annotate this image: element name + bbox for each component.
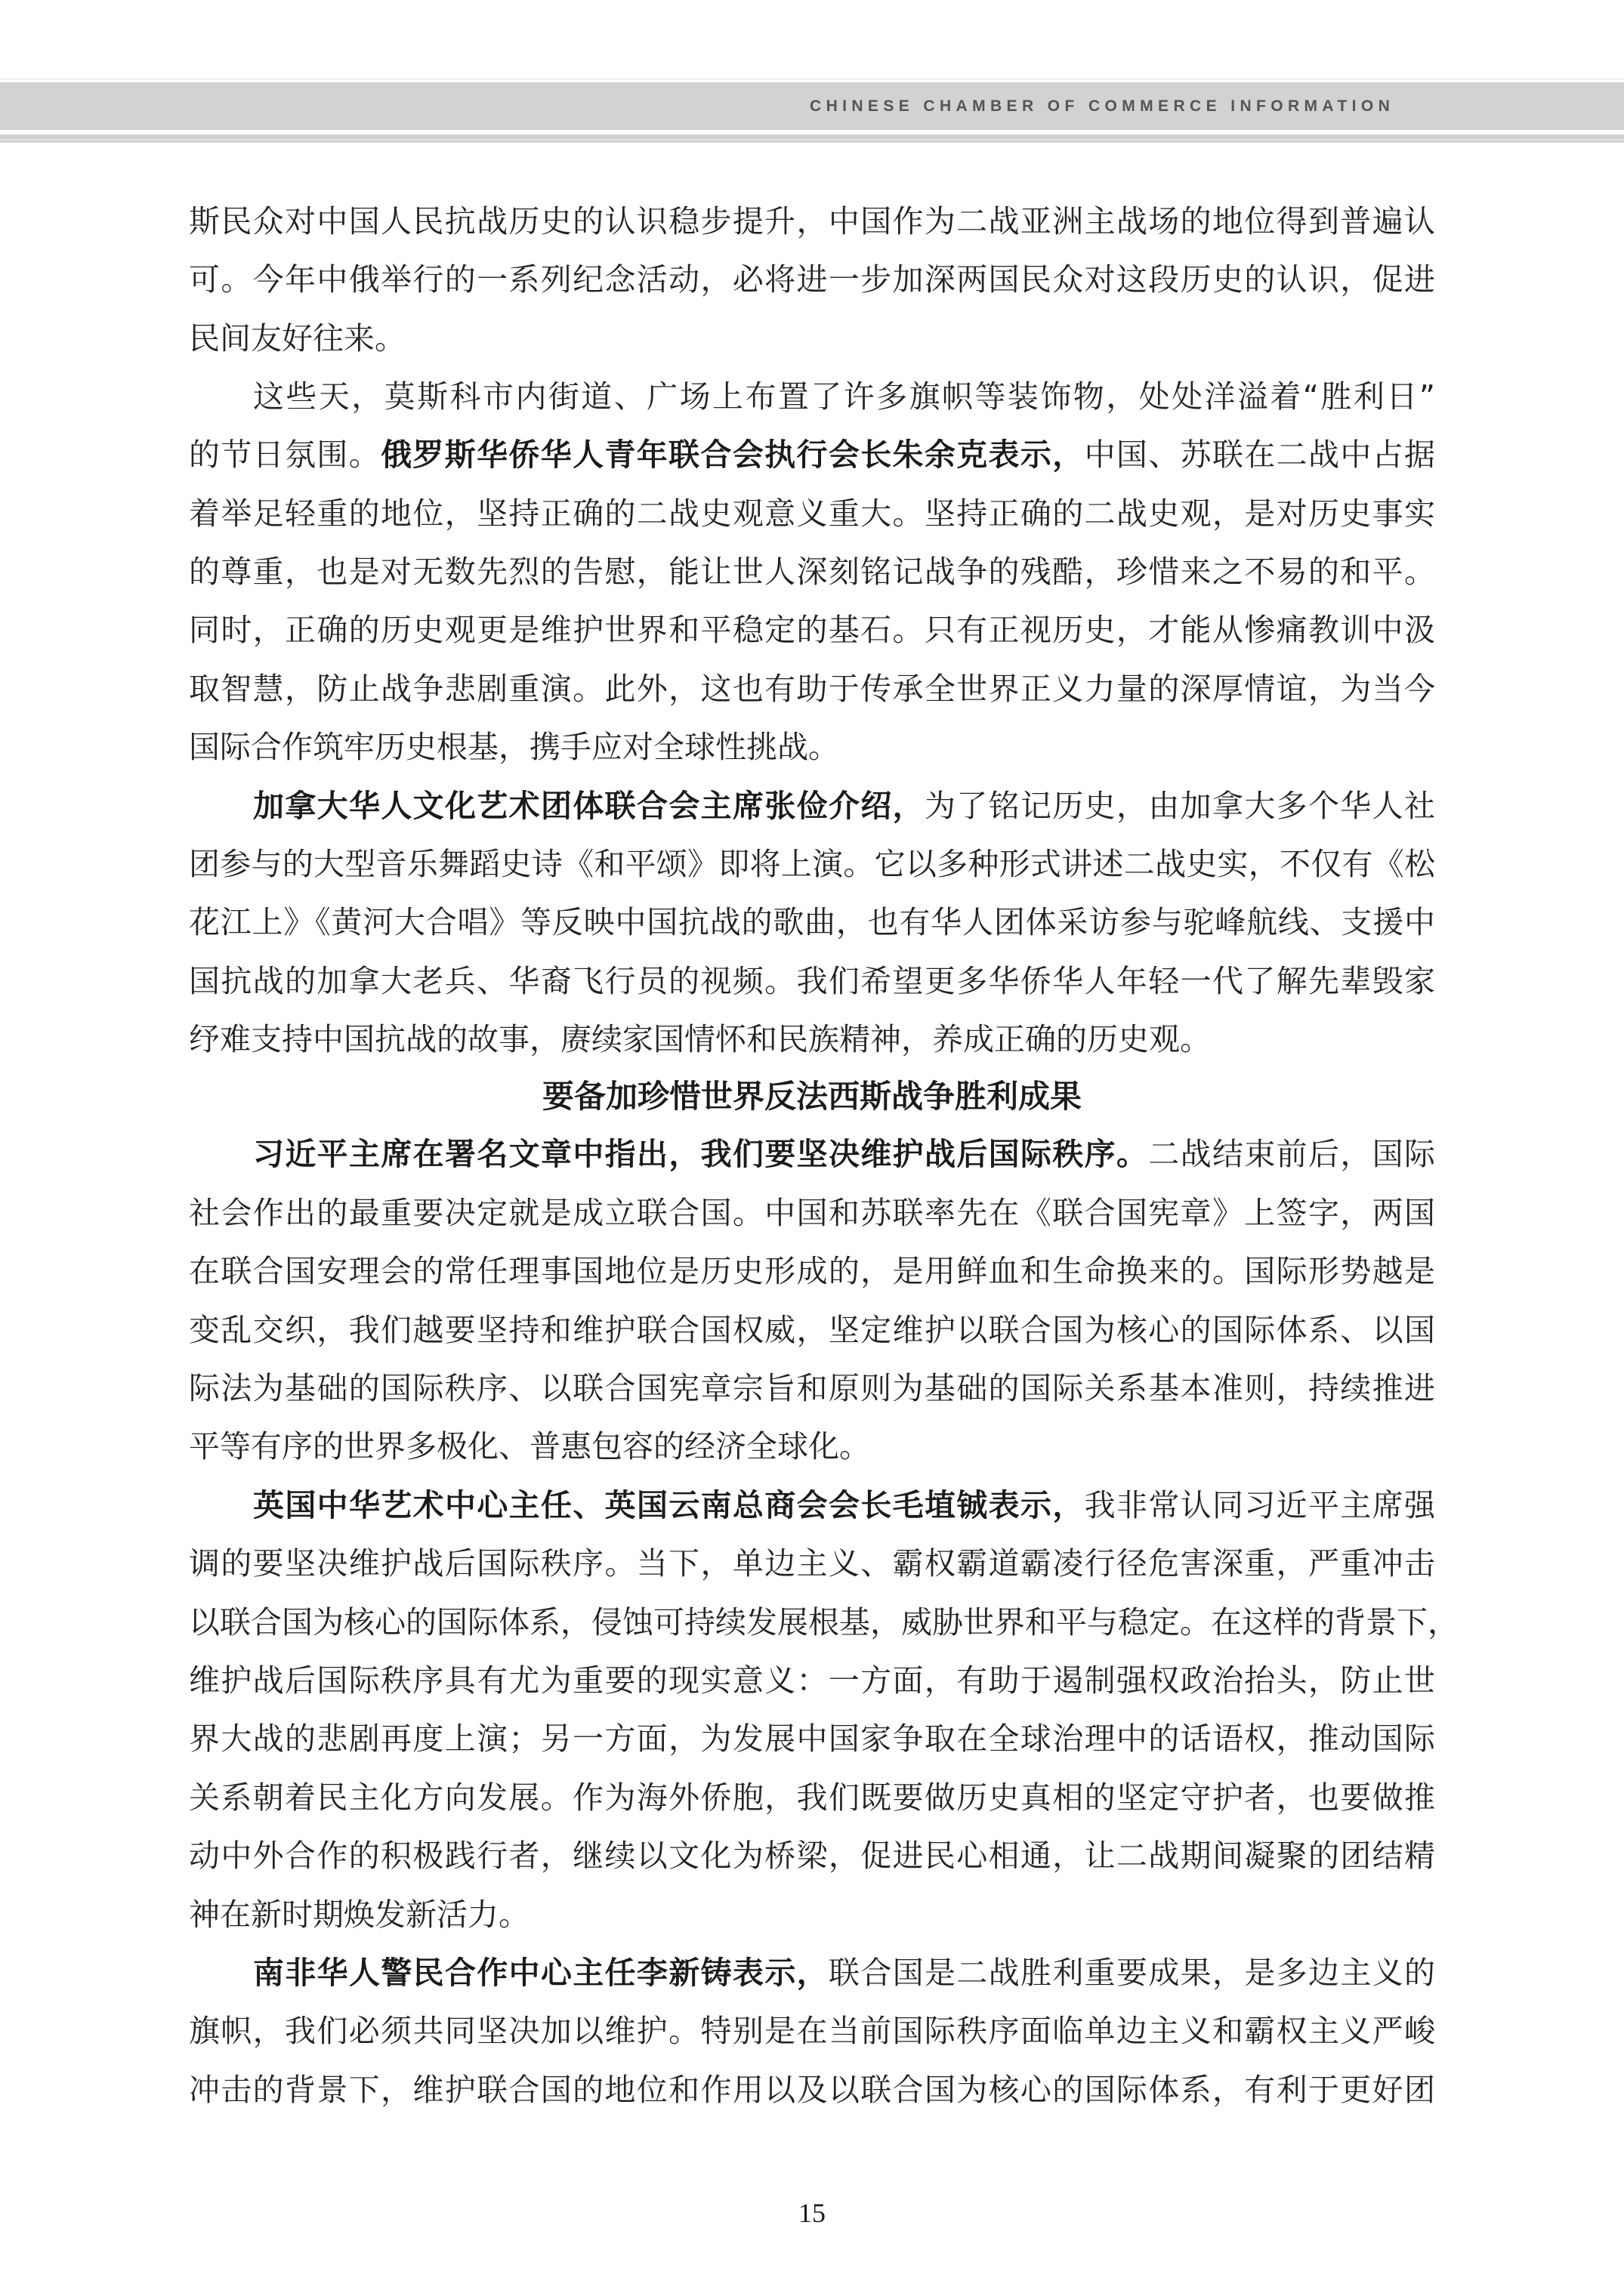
text-run: 我非常认同习近平主席强 xyxy=(1085,1487,1435,1523)
text-run: 的节日氛围。 xyxy=(189,437,381,473)
text-run: 二战结束前后，国际 xyxy=(1148,1136,1435,1172)
text-line: 可。今年中俄举行的一系列纪念活动，必将进一步加深两国民众对这段历史的认识，促进 xyxy=(189,258,1435,301)
text-line: 同时，正确的历史观更是维护世界和平稳定的基石。只有正视历史，才能从惨痛教训中汲 xyxy=(189,609,1435,651)
text-line: 国抗战的加拿大老兵、华裔飞行员的视频。我们希望更多华侨华人年轻一代了解先辈毁家 xyxy=(189,960,1435,1002)
speaker-attribution-bold: 加拿大华人文化艺术团体联合会主席张俭介绍， xyxy=(253,788,925,824)
paragraph-start-line: 习近平主席在署名文章中指出，我们要坚决维护战后国际秩序。二战结束前后，国际 xyxy=(253,1133,1435,1175)
speaker-attribution-bold: 南非华人警民合作中心主任李新铸表示， xyxy=(253,1955,829,1991)
speaker-attribution-bold: 英国中华艺术中心主任、英国云南总商会会长毛埴铖表示， xyxy=(253,1487,1085,1523)
paragraph-start-line: 英国中华艺术中心主任、英国云南总商会会长毛埴铖表示，我非常认同习近平主席强 xyxy=(253,1484,1435,1526)
text-line: 神在新时期焕发新活力。 xyxy=(189,1893,1435,1936)
running-header-title: CHINESE CHAMBER OF COMMERCE INFORMATION xyxy=(810,97,1429,116)
quote-lead-bold: 习近平主席在署名文章中指出，我们要坚决维护战后国际秩序。 xyxy=(253,1136,1148,1172)
text-line: 关系朝着民主化方向发展。作为海外侨胞，我们既要做历史真相的坚定守护者，也要做推 xyxy=(189,1776,1435,1819)
header-divider-stripe xyxy=(0,134,1624,143)
text-line: 际法为基础的国际秩序、以联合国宪章宗旨和原则为基础的国际关系基本准则，持续推进 xyxy=(189,1367,1435,1409)
text-line: 花江上》《黄河大合唱》等反映中国抗战的歌曲，也有华人团体采访参与驼峰航线、支援中 xyxy=(189,901,1435,943)
text-line: 动中外合作的积极践行者，继续以文化为桥梁，促进民心相通，让二战期间凝聚的团结精 xyxy=(189,1835,1435,1877)
text-line: 以联合国为核心的国际体系，侵蚀可持续发展根基，威胁世界和平与稳定。在这样的背景下… xyxy=(189,1601,1435,1643)
text-line: 旗帜，我们必须共同坚决加以维护。特别是在当前国际秩序面临单边主义和霸权主义严峻 xyxy=(189,2010,1435,2052)
text-line: 国际合作筑牢历史根基，携手应对全球性挑战。 xyxy=(189,726,1435,768)
text-line: 维护战后国际秩序具有尤为重要的现实意义：一方面，有助于遏制强权政治抬头，防止世 xyxy=(189,1659,1435,1702)
text-line: 冲击的背景下，维护联合国的地位和作用以及以联合国为核心的国际体系，有利于更好团 xyxy=(189,2069,1435,2111)
text-line: 的尊重，也是对无数先烈的告慰，能让世人深刻铭记战争的残酷，珍惜来之不易的和平。 xyxy=(189,551,1435,593)
text-line: 界大战的悲剧再度上演；另一方面，为发展中国家争取在全球治理中的话语权，推动国际 xyxy=(189,1717,1435,1760)
text-line: 变乱交织，我们越要坚持和维护联合国权威，坚定维护以联合国为核心的国际体系、以国 xyxy=(189,1309,1435,1351)
paragraph-start-line: 这些天，莫斯科市内街道、广场上布置了许多旗帜等装饰物，处处洋溢着“胜利日” xyxy=(253,375,1435,418)
text-line: 取智慧，防止战争悲剧重演。此外，这也有助于传承全世界正义力量的深厚情谊，为当今 xyxy=(189,668,1435,710)
text-line: 纾难支持中国抗战的故事，赓续家国情怀和民族精神，养成正确的历史观。 xyxy=(189,1018,1435,1060)
header-hairline xyxy=(0,79,1624,80)
text-line: 社会作出的最重要决定就是成立联合国。中国和苏联率先在《联合国宪章》上签字，两国 xyxy=(189,1192,1435,1234)
text-line: 调的要坚决维护战后国际秩序。当下，单边主义、霸权霸道霸凌行径危害深重，严重冲击 xyxy=(189,1542,1435,1585)
text-line: 平等有序的世界多极化、普惠包容的经济全球化。 xyxy=(189,1425,1435,1467)
text-line: 在联合国安理会的常任理事国地位是历史形成的，是用鲜血和生命换来的。国际形势越是 xyxy=(189,1250,1435,1292)
text-run: 联合国是二战胜利重要成果，是多边主义的 xyxy=(829,1955,1435,1991)
text-line: 民间友好往来。 xyxy=(189,317,1435,360)
paragraph-start-line: 南非华人警民合作中心主任李新铸表示，联合国是二战胜利重要成果，是多边主义的 xyxy=(253,1952,1435,1994)
section-heading: 要备加珍惜世界反法西斯战争胜利成果 xyxy=(189,1076,1435,1118)
text-line: 的节日氛围。俄罗斯华侨华人青年联合会执行会长朱余克表示，中国、苏联在二战中占据 xyxy=(189,434,1435,476)
text-line: 着举足轻重的地位，坚持正确的二战史观意义重大。坚持正确的二战史观，是对历史事实 xyxy=(189,492,1435,535)
paragraph-start-line: 加拿大华人文化艺术团体联合会主席张俭介绍，为了铭记历史，由加拿大多个华人社 xyxy=(253,785,1435,827)
text-run: 中国、苏联在二战中占据 xyxy=(1085,437,1435,473)
speaker-attribution-bold: 俄罗斯华侨华人青年联合会执行会长朱余克表示， xyxy=(381,437,1085,473)
text-run: 为了铭记历史，由加拿大多个华人社 xyxy=(925,788,1435,824)
page-number: 15 xyxy=(782,2198,842,2228)
text-line: 斯民众对中国人民抗战历史的认识稳步提升，中国作为二战亚洲主战场的地位得到普遍认 xyxy=(189,200,1435,242)
text-line: 团参与的大型音乐舞蹈史诗《和平颂》即将上演。它以多种形式讲述二战史实，不仅有《松 xyxy=(189,843,1435,885)
